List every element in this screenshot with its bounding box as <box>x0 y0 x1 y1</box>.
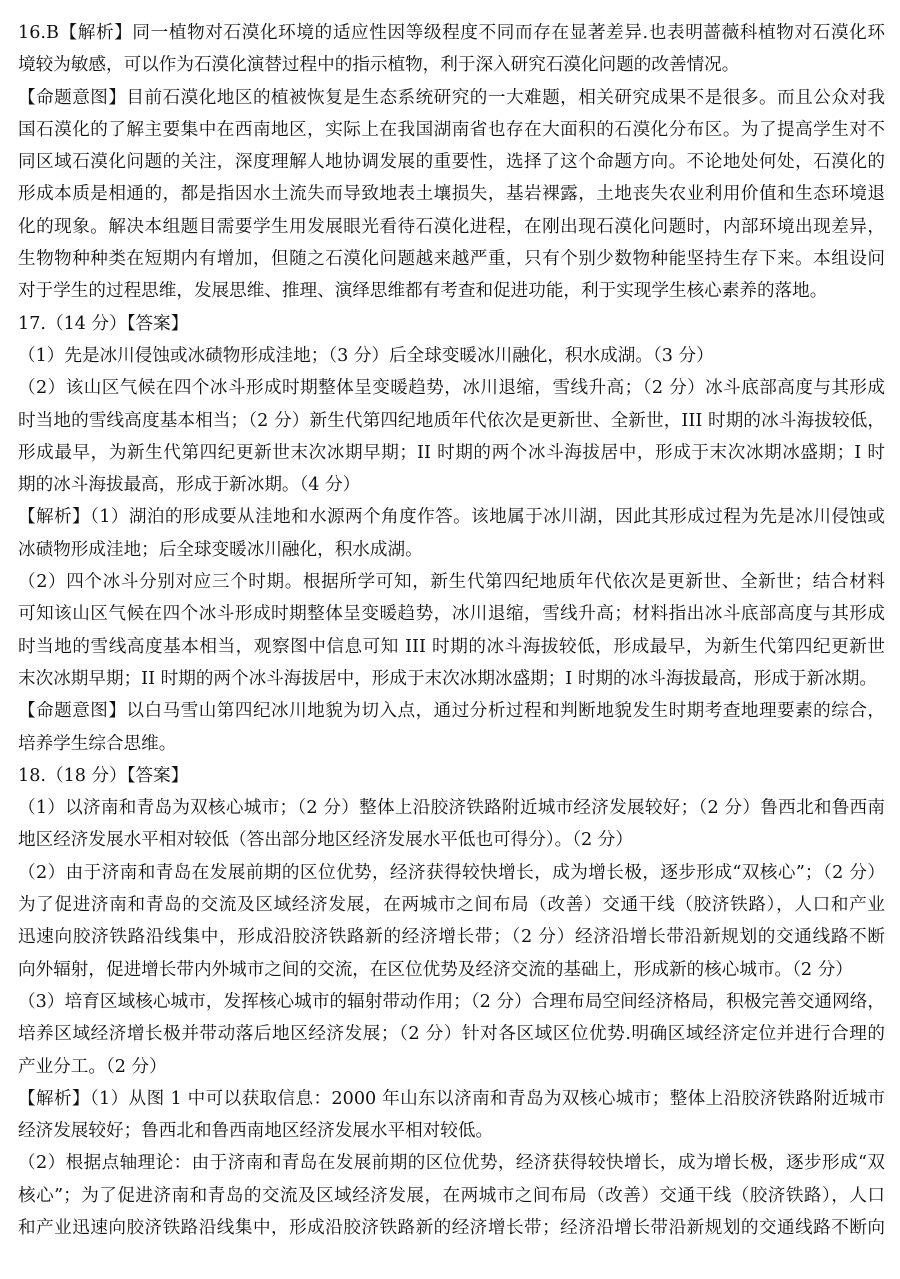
text-line: 化的现象。解决本组题目需要学生用发展眼光看待石漠化进程，在刚出现石漠化问题时，内… <box>18 211 885 243</box>
paragraph-q17-answer-2: （2）该山区气候在四个冰斗形成时期整体呈变暖趋势，冰川退缩，雪线升高；（2 分）… <box>18 372 885 501</box>
text-line: 16.B【解析】同一植物对石漠化环境的适应性因等级程度不同而存在显著差异.也表明… <box>18 17 885 49</box>
paragraph-q18-analysis-2: （2）根据点轴理论：由于济南和青岛在发展前期的区位优势，经济获得较快增长，成为增… <box>18 1147 885 1244</box>
text-line: 期的冰斗海拔最高，形成于新冰期。（4 分） <box>18 469 885 501</box>
text-line: （2）四个冰斗分别对应三个时期。根据所学可知，新生代第四纪地质年代依次是更新世、… <box>18 566 885 598</box>
paragraph-q16-intent: 【命题意图】目前石漠化地区的植被恢复是生态系统研究的一大难题，相关研究成果不是很… <box>18 82 885 308</box>
text-line: 可知该山区气候在四个冰斗形成时期整体呈变暖趋势，冰川退缩，雪线升高；材料指出冰斗… <box>18 598 885 630</box>
text-line: （2）该山区气候在四个冰斗形成时期整体呈变暖趋势，冰川退缩，雪线升高；（2 分）… <box>18 372 885 404</box>
text-line: 形成最早，为新生代第四纪更新世末次冰期早期；II 时期的两个冰斗海拔居中，形成于… <box>18 437 885 469</box>
text-line: 时当地的雪线高度基本相当；（2 分）新生代第四纪地质年代依次是更新世、全新世，I… <box>18 405 885 437</box>
text-line: 18.（18 分）【答案】 <box>18 760 885 792</box>
paragraph-q17-intent: 【命题意图】以白马雪山第四纪冰川地貌为切入点，通过分析过程和判断地貌发生时期考查… <box>18 695 885 760</box>
text-line: 对于学生的过程思维，发展思维、推理、演绎思维都有考查和促进功能，利于实现学生核心… <box>18 275 885 307</box>
text-line: 培养区域经济增长极并带动落后地区经济发展；（2 分）针对各区域区位优势.明确区域… <box>18 1018 885 1050</box>
text-line: 境较为敏感，可以作为石漠化演替过程中的指示植物，利于深入研究石漠化问题的改善情况… <box>18 49 885 81</box>
paragraph-q17-answer-1: （1）先是冰川侵蚀或冰碛物形成洼地；（3 分）后全球变暖冰川融化，积水成湖。（3… <box>18 340 885 372</box>
paragraph-q18-analysis-1: 【解析】（1）从图 1 中可以获取信息：2000 年山东以济南和青岛为双核心城市… <box>18 1083 885 1148</box>
text-line: 同区域石漠化问题的关注，深度理解人地协调发展的重要性，选择了这个命题方向。不论地… <box>18 146 885 178</box>
text-line: 产业分工。（2 分） <box>18 1051 885 1083</box>
text-line: 末次冰期早期；II 时期的两个冰斗海拔居中，形成于末次冰期冰盛期；I 时期的冰斗… <box>18 663 885 695</box>
text-line: 【解析】（1）湖泊的形成要从洼地和水源两个角度作答。该地属于冰川湖，因此其形成过… <box>18 501 885 533</box>
text-line: 培养学生综合思维。 <box>18 728 885 760</box>
text-line: （2）根据点轴理论：由于济南和青岛在发展前期的区位优势，经济获得较快增长，成为增… <box>18 1147 885 1179</box>
paragraph-q18-header: 18.（18 分）【答案】 <box>18 760 885 792</box>
text-line: 冰碛物形成洼地；后全球变暖冰川融化，积水成湖。 <box>18 534 885 566</box>
text-line: 迅速向胶济铁路沿线集中，形成沿胶济铁路新的经济增长带；（2 分）经济沿增长带沿新… <box>18 921 885 953</box>
text-line: （2）由于济南和青岛在发展前期的区位优势，经济获得较快增长，成为增长极，逐步形成… <box>18 857 885 889</box>
paragraph-q17-analysis-1: 【解析】（1）湖泊的形成要从洼地和水源两个角度作答。该地属于冰川湖，因此其形成过… <box>18 501 885 566</box>
paragraph-q17-header: 17.（14 分）【答案】 <box>18 308 885 340</box>
text-line: 17.（14 分）【答案】 <box>18 308 885 340</box>
text-line: 时当地的雪线高度基本相当，观察图中信息可知 III 时期的冰斗海拔较低，形成最早… <box>18 631 885 663</box>
text-line: （1）以济南和青岛为双核心城市；（2 分）整体上沿胶济铁路附近城市经济发展较好；… <box>18 792 885 824</box>
text-line: 生物物种种类在短期内有增加，但随之石漠化问题越来越严重，只有个别少数物种能坚持生… <box>18 243 885 275</box>
text-line: 经济发展较好；鲁西北和鲁西南地区经济发展水平相对较低。 <box>18 1115 885 1147</box>
paragraph-q16-analysis: 16.B【解析】同一植物对石漠化环境的适应性因等级程度不同而存在显著差异.也表明… <box>18 17 885 82</box>
paragraph-q18-answer-3: （3）培育区域核心城市，发挥核心城市的辐射带动作用；（2 分）合理布局空间经济格… <box>18 986 885 1083</box>
paragraph-q17-analysis-2: （2）四个冰斗分别对应三个时期。根据所学可知，新生代第四纪地质年代依次是更新世、… <box>18 566 885 695</box>
text-line: 地区经济发展水平相对较低（答出部分地区经济发展水平低也可得分）。（2 分） <box>18 824 885 856</box>
text-line: 核心”；为了促进济南和青岛的交流及区域经济发展，在两城市之间布局（改善）交通干线… <box>18 1180 885 1212</box>
text-line: 【命题意图】以白马雪山第四纪冰川地貌为切入点，通过分析过程和判断地貌发生时期考查… <box>18 695 885 727</box>
text-line: 为了促进济南和青岛的交流及区域经济发展，在两城市之间布局（改善）交通干线（胶济铁… <box>18 889 885 921</box>
text-line: （3）培育区域核心城市，发挥核心城市的辐射带动作用；（2 分）合理布局空间经济格… <box>18 986 885 1018</box>
paragraph-q18-answer-2: （2）由于济南和青岛在发展前期的区位优势，经济获得较快增长，成为增长极，逐步形成… <box>18 857 885 986</box>
text-line: 国石漠化的了解主要集中在西南地区，实际上在我国湖南省也存在大面积的石漠化分布区。… <box>18 114 885 146</box>
text-line: 形成本质是相通的，都是指因水土流失而导致地表土壤损失，基岩裸露，土地丧失农业利用… <box>18 178 885 210</box>
text-line: 【解析】（1）从图 1 中可以获取信息：2000 年山东以济南和青岛为双核心城市… <box>18 1083 885 1115</box>
text-line: 和产业迅速向胶济铁路沿线集中，形成沿胶济铁路新的经济增长带；经济沿增长带沿新规划… <box>18 1212 885 1244</box>
paragraph-q18-answer-1: （1）以济南和青岛为双核心城市；（2 分）整体上沿胶济铁路附近城市经济发展较好；… <box>18 792 885 857</box>
text-line: 向外辐射，促进增长带内外城市之间的交流，在区位优势及经济交流的基础上，形成新的核… <box>18 954 885 986</box>
text-line: （1）先是冰川侵蚀或冰碛物形成洼地；（3 分）后全球变暖冰川融化，积水成湖。（3… <box>18 340 885 372</box>
text-line: 【命题意图】目前石漠化地区的植被恢复是生态系统研究的一大难题，相关研究成果不是很… <box>18 82 885 114</box>
answer-document: 16.B【解析】同一植物对石漠化环境的适应性因等级程度不同而存在显著差异.也表明… <box>18 17 885 1244</box>
